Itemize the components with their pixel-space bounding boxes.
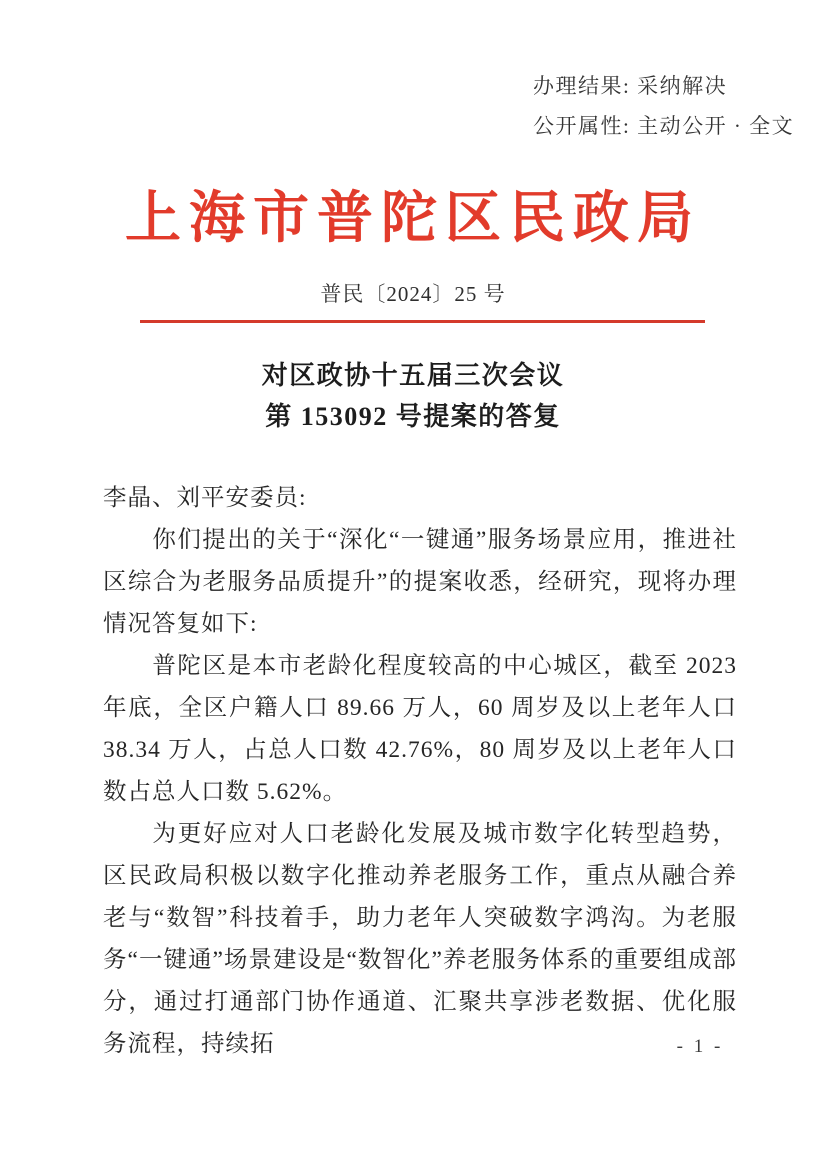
doc-title-line2: 第 153092 号提案的答复 xyxy=(0,396,826,437)
paragraph: 普陀区是本市老龄化程度较高的中心城区，截至 2023 年底，全区户籍人口 89.… xyxy=(103,645,737,813)
doc-title-line1: 对区政协十五届三次会议 xyxy=(0,355,826,396)
doc-title: 对区政协十五届三次会议 第 153092 号提案的答复 xyxy=(0,355,826,437)
page-number: - 1 - xyxy=(640,1036,760,1058)
disclosure-attribute: 公开属性: 主动公开 · 全文 xyxy=(533,106,794,146)
doc-number: 普民〔2024〕25 号 xyxy=(0,278,826,308)
letter-body: 李晶、刘平安委员: 你们提出的关于“深化“一键通”服务场景应用，推进社区综合为老… xyxy=(103,477,737,1065)
document-page: 办理结果: 采纳解决 公开属性: 主动公开 · 全文 上海市普陀区民政局 普民〔… xyxy=(0,0,826,1169)
agency-title: 上海市普陀区民政局 xyxy=(0,174,826,254)
salutation: 李晶、刘平安委员: xyxy=(103,477,737,519)
processing-result: 办理结果: 采纳解决 xyxy=(533,66,794,106)
paragraph: 你们提出的关于“深化“一键通”服务场景应用，推进社区综合为老服务品质提升”的提案… xyxy=(103,519,737,645)
meta-block: 办理结果: 采纳解决 公开属性: 主动公开 · 全文 xyxy=(533,66,794,146)
red-divider-rule xyxy=(140,320,705,323)
paragraph: 为更好应对人口老龄化发展及城市数字化转型趋势，区民政局积极以数字化推动养老服务工… xyxy=(103,813,737,1065)
